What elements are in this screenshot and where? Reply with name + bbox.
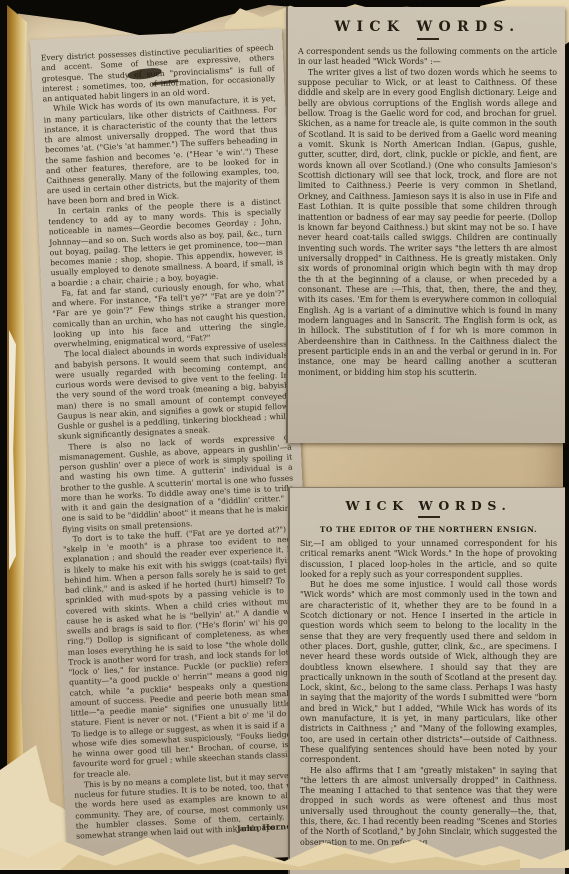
article-paragraph: The local dialect abounds in words expre… — [54, 340, 291, 443]
article-paragraph: Sir,—I am obliged to your unnamed corres… — [300, 539, 557, 580]
article-subtitle: TO THE EDITOR OF THE NORTHERN ENSIGN. — [300, 525, 557, 534]
left-article-body: Every district possesses distinctive pec… — [41, 43, 310, 842]
scrapbook-photo: Every district possesses distinctive pec… — [0, 0, 569, 874]
headline-rule — [418, 516, 440, 518]
article-paragraph: While Wick has words of its own manufact… — [43, 94, 280, 207]
left-newspaper-clipping: Every district possesses distinctive pec… — [30, 29, 319, 868]
article-paragraph: A correspondent sends us the following c… — [298, 47, 557, 68]
right-top-article-body: A correspondent sends us the following c… — [298, 47, 557, 378]
right-bottom-article-body: Sir,—I am obliged to your unnamed corres… — [300, 539, 557, 848]
article-paragraph: There is also no lack of words expressiv… — [58, 432, 295, 535]
headline-rule — [417, 38, 439, 40]
article-paragraph: He also affirms that I am "greatly mista… — [300, 766, 557, 848]
article-paragraph: But he does me some injustice. I would c… — [300, 580, 557, 765]
article-paragraph: The writer gives a list of two dozen wor… — [298, 68, 557, 378]
article-headline: WICK WORDS. — [300, 498, 557, 513]
article-paragraph: Fa, fat and far stand, curiously enough,… — [51, 278, 287, 350]
article-paragraph: In certain ranks of the people there is … — [48, 197, 284, 289]
right-bottom-newspaper-clipping: WICK WORDS. TO THE EDITOR OF THE NORTHER… — [288, 487, 565, 874]
article-headline: WICK WORDS. — [298, 19, 557, 35]
right-top-newspaper-clipping: WICK WORDS. A correspondent sends us the… — [286, 7, 565, 443]
article-paragraph: To dort is to take the huff. ("Fat are y… — [62, 524, 306, 780]
